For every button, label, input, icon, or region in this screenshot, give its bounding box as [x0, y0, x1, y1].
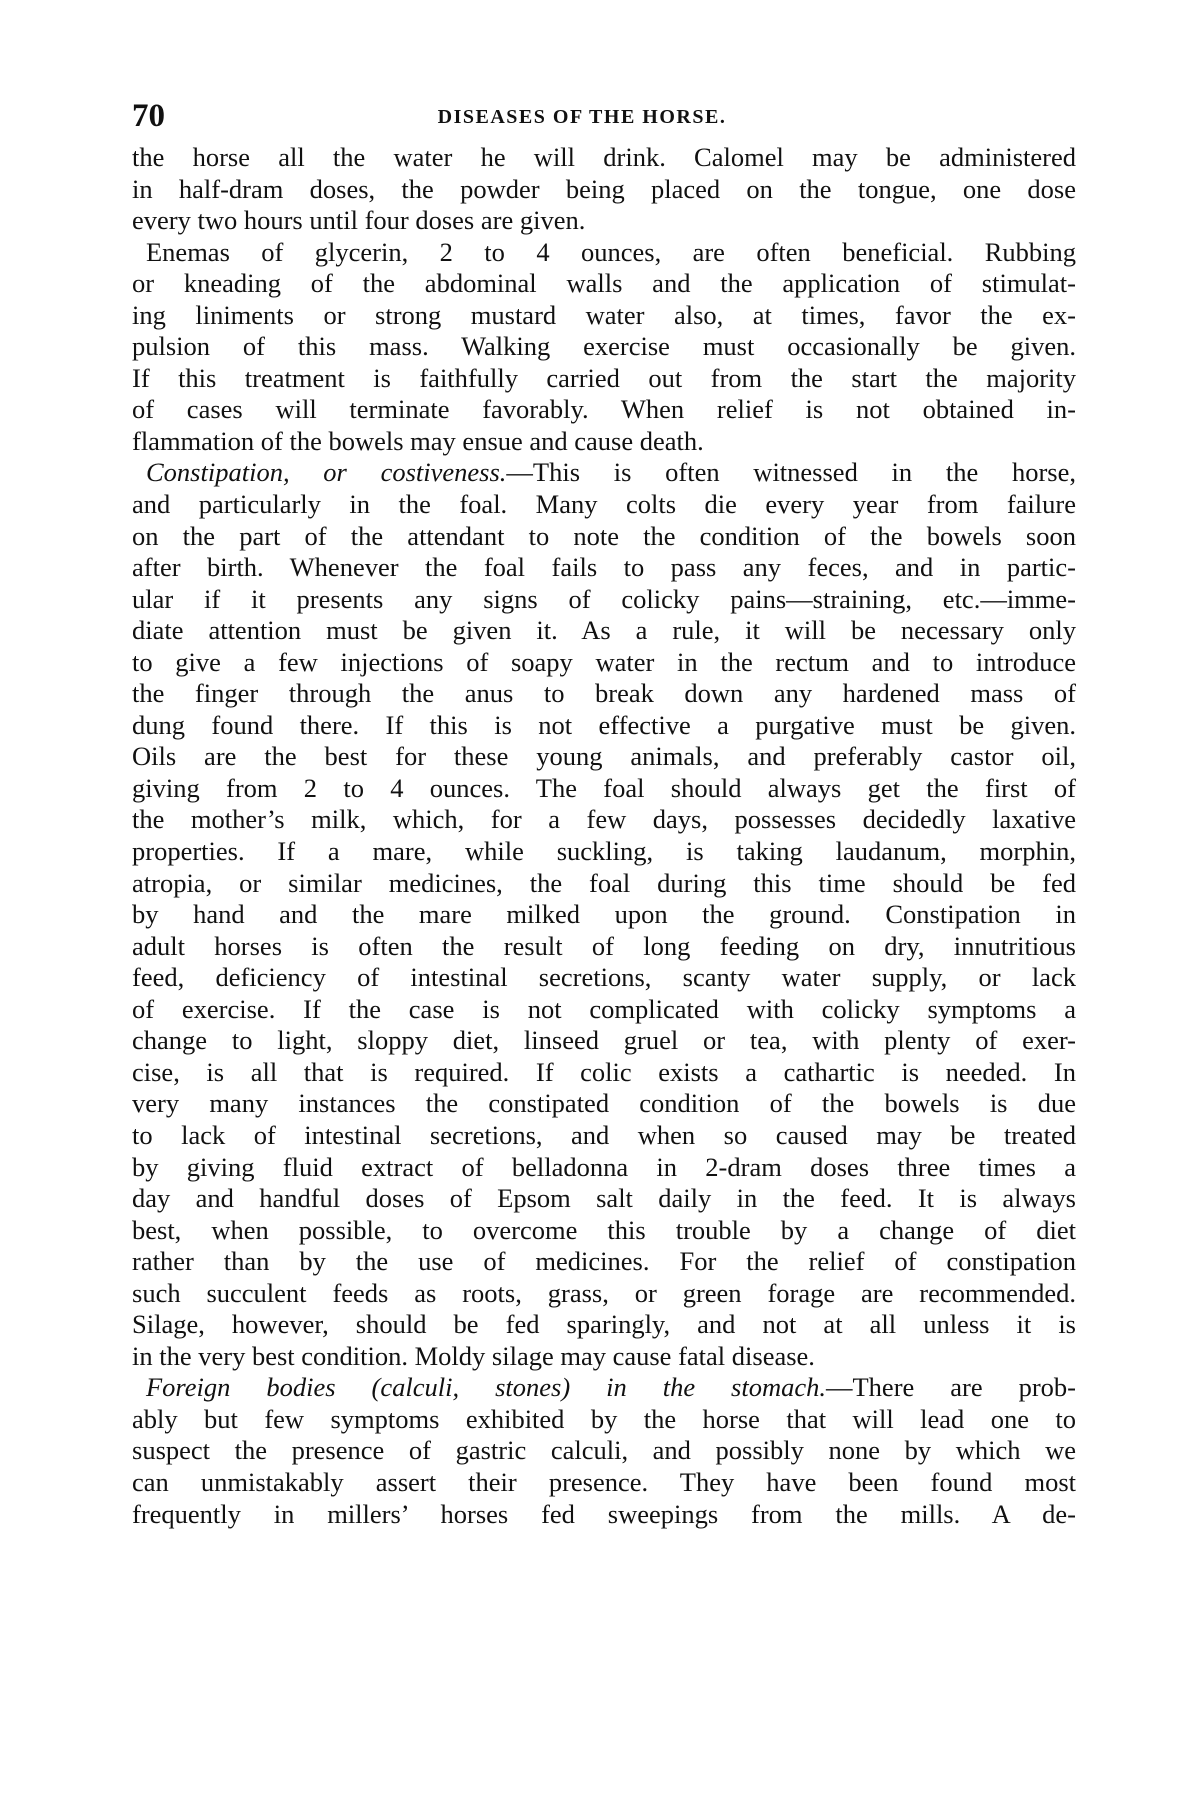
running-title: DISEASES OF THE HORSE. — [132, 100, 1032, 134]
text-line: of exercise. If the case is not complica… — [132, 994, 1076, 1026]
text-line: suspect the presence of gastric calculi,… — [132, 1435, 1076, 1467]
text-line: adult horses is often the result of long… — [132, 931, 1076, 963]
text-line: of cases will terminate favorably. When … — [132, 394, 1076, 426]
text-line: in the very best condition. Moldy silage… — [132, 1341, 1076, 1373]
text-line: by giving fluid extract of belladonna in… — [132, 1152, 1076, 1184]
text-line: such succulent feeds as roots, grass, or… — [132, 1278, 1076, 1310]
text-line: in half-dram doses, the powder being pla… — [132, 174, 1076, 206]
text-line: change to light, sloppy diet, linseed gr… — [132, 1025, 1076, 1057]
text-line: best, when possible, to overcome this tr… — [132, 1215, 1076, 1247]
text-line: by hand and the mare milked upon the gro… — [132, 899, 1076, 931]
body-text: the horse all the water he will drink. C… — [132, 142, 1076, 1530]
text-line: day and handful doses of Epsom salt dail… — [132, 1183, 1076, 1215]
text-line: every two hours until four doses are giv… — [132, 205, 1076, 237]
text-line: to give a few injections of soapy water … — [132, 647, 1076, 679]
text-line: on the part of the attendant to note the… — [132, 521, 1076, 553]
text-line: can unmistakably assert their presence. … — [132, 1467, 1076, 1499]
text-line: the finger through the anus to break dow… — [132, 678, 1076, 710]
text-line: flammation of the bowels may ensue and c… — [132, 426, 1076, 458]
text-line: and particularly in the foal. Many colts… — [132, 489, 1076, 521]
text-line: very many instances the constipated cond… — [132, 1088, 1076, 1120]
text-line: the horse all the water he will drink. C… — [132, 142, 1076, 174]
section-heading-line: Constipation, or costiveness.—This is of… — [132, 457, 1076, 489]
text-line: ing liniments or strong mustard water al… — [132, 300, 1076, 332]
text-line: giving from 2 to 4 ounces. The foal shou… — [132, 773, 1076, 805]
section-heading-line: Foreign bodies (calculi, stones) in the … — [132, 1372, 1076, 1404]
text-line: properties. If a mare, while suckling, i… — [132, 836, 1076, 868]
section-heading-foreign-bodies: Foreign bodies (calculi, stones) in the … — [146, 1372, 826, 1402]
text-line: ably but few symptoms exhibited by the h… — [132, 1404, 1076, 1436]
text-line: diate attention must be given it. As a r… — [132, 615, 1076, 647]
section-heading-constipation: Constipation, or costiveness. — [146, 457, 506, 487]
text-line: after birth. Whenever the foal fails to … — [132, 552, 1076, 584]
text-line: feed, deficiency of intestinal secretion… — [132, 962, 1076, 994]
text-line: to lack of intestinal secretions, and wh… — [132, 1120, 1076, 1152]
text-line: atropia, or similar medicines, the foal … — [132, 868, 1076, 900]
text-line: ular if it presents any signs of colicky… — [132, 584, 1076, 616]
text-line: Oils are the best for these young animal… — [132, 741, 1076, 773]
text-line: Silage, however, should be fed sparingly… — [132, 1309, 1076, 1341]
text-line: dung found there. If this is not effecti… — [132, 710, 1076, 742]
text-line: frequently in millers’ horses fed sweepi… — [132, 1499, 1076, 1531]
text-line: If this treatment is faithfully carried … — [132, 363, 1076, 395]
text-line: cise, is all that is required. If colic … — [132, 1057, 1076, 1089]
text-line: Enemas of glycerin, 2 to 4 ounces, are o… — [132, 237, 1076, 269]
text-line: or kneading of the abdominal walls and t… — [132, 268, 1076, 300]
text-line: pulsion of this mass. Walking exercise m… — [132, 331, 1076, 363]
text-line: the mother’s milk, which, for a few days… — [132, 804, 1076, 836]
running-head: 70 DISEASES OF THE HORSE. — [132, 96, 1076, 136]
text-line: rather than by the use of medicines. For… — [132, 1246, 1076, 1278]
